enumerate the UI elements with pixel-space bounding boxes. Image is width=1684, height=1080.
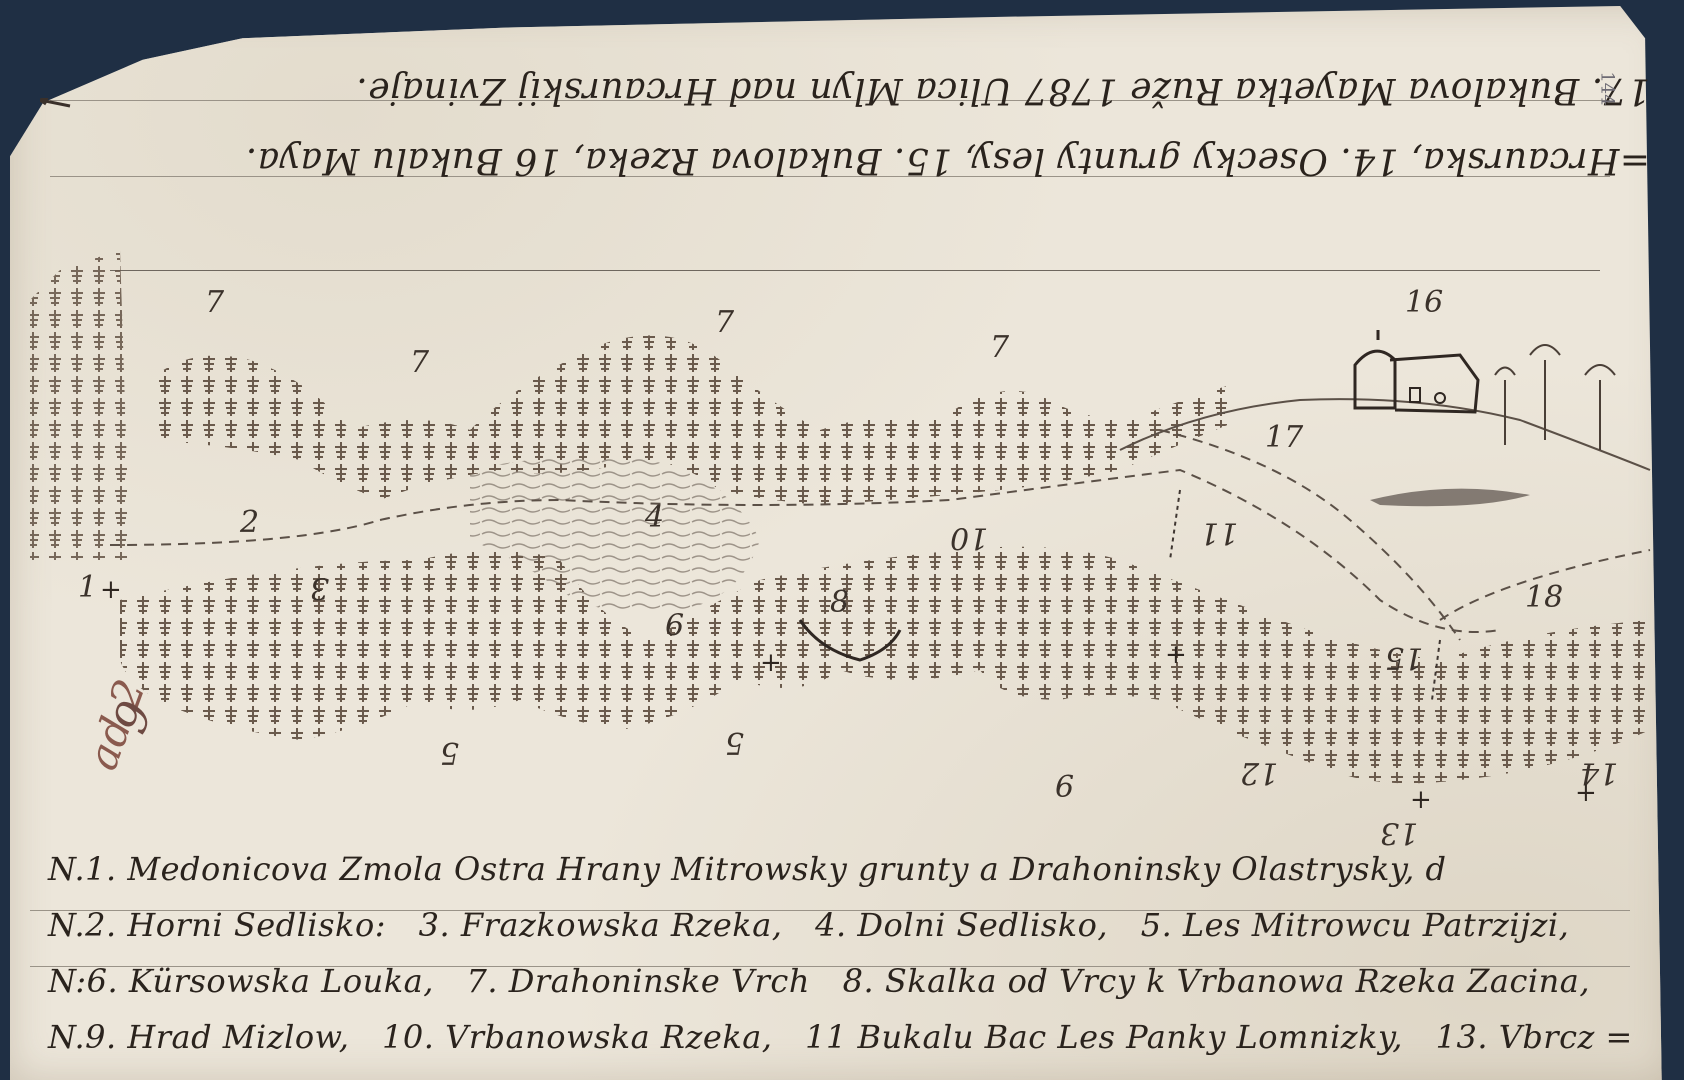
map-label-7: 7 <box>990 330 1009 365</box>
map-label-13: 13 <box>1380 815 1418 850</box>
map-label-3: 9 <box>665 605 684 640</box>
legend-entry: 7. Drahoninske Vrch <box>467 962 810 1000</box>
cross-mark-icon: + <box>1165 640 1187 670</box>
cross-mark-icon: + <box>760 648 782 678</box>
legend-entry: N.9. Hrad Mizlow, <box>48 1018 349 1056</box>
map-label-4: 4 <box>645 500 664 535</box>
legend-entry: 13. Vbrcz = <box>1436 1018 1633 1056</box>
legend-entry: 11 Bukalu Bac Les Panky Lomnizky, <box>805 1018 1403 1056</box>
legend-entry: 5. Les Mitrowcu Patrzijzi, <box>1141 906 1570 944</box>
map-label-15: 15 <box>1385 640 1423 675</box>
map-label-7: 7 <box>410 345 429 380</box>
legend-entry: 3. Frazkowska Rzeka, <box>419 906 783 944</box>
legend-line-2: N.2. Horni Sedlisko: 3. Frazkowska Rzeka… <box>48 906 1668 962</box>
map-label-2: 2 <box>240 505 259 540</box>
map-label-16: 16 <box>1405 285 1443 320</box>
map-label-18: 18 <box>1525 580 1563 615</box>
map-label-10: 10 <box>950 520 988 555</box>
forest-left-strip <box>30 250 130 560</box>
shadow-patch <box>1370 489 1530 507</box>
map-label-3: 3 <box>310 570 329 605</box>
path-crossing <box>1170 490 1180 560</box>
legend-entry: 8. Skalka od Vrcy k Vrbanowa Rzeka Zacin… <box>843 962 1590 1000</box>
map-label-6: 6 <box>1055 770 1074 805</box>
cross-mark-icon: + <box>1410 785 1432 815</box>
cross-mark-icon: + <box>100 575 122 605</box>
legend-entry: 4. Dolni Sedlisko, <box>815 906 1108 944</box>
map-label-5: 5 <box>725 725 744 760</box>
map-label-5: 5 <box>440 735 459 770</box>
legend-line-3: N:6. Kürsowska Louka, 7. Drahoninske Vrc… <box>48 962 1668 1018</box>
legend-line-1: N.1. Medonicova Zmola Ostra Hrany Mitrow… <box>48 850 1668 906</box>
legend-entry: N.2. Horni Sedlisko: <box>48 906 386 944</box>
legend-entry: N.1. Medonicova Zmola Ostra Hrany Mitrow… <box>48 850 1447 888</box>
map-label-12: 12 <box>1240 755 1278 790</box>
legend-entry: N:6. Kürsowska Louka, <box>48 962 434 1000</box>
legend: N.1. Medonicova Zmola Ostra Hrany Mitrow… <box>48 850 1668 1074</box>
map-label-8: 8 <box>830 585 849 620</box>
cross-mark-icon: + <box>1575 778 1597 808</box>
map-label-1: 1 <box>78 570 97 605</box>
legend-entry: 10. Vrbanowska Rzeka, <box>382 1018 772 1056</box>
legend-line-4: N.9. Hrad Mizlow, 10. Vrbanowska Rzeka, … <box>48 1018 1668 1074</box>
map-label-7: 7 <box>205 285 224 320</box>
map-label-11: 11 <box>1200 515 1238 550</box>
map-label-7: 7 <box>715 305 734 340</box>
map-label-17: 17 <box>1265 420 1303 455</box>
